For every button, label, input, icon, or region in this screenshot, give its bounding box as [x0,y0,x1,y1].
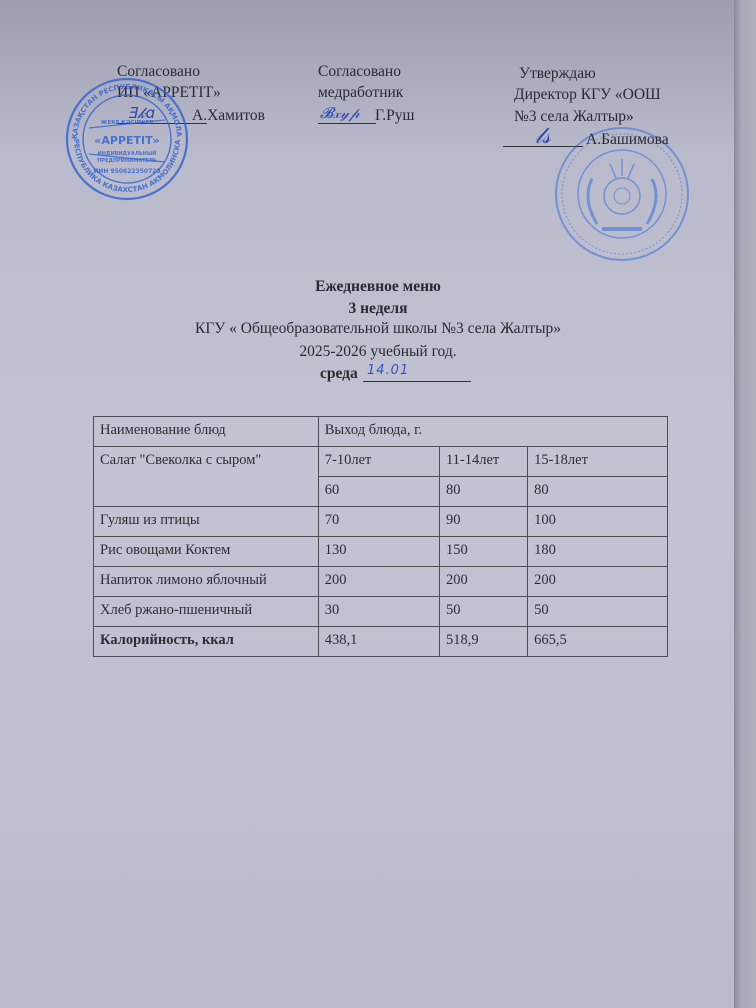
portion-value: 180 [528,537,668,567]
portion-value: 130 [318,537,439,567]
portion-value: 30 [318,597,439,627]
portion-value: 80 [439,477,527,507]
portion-value: 50 [439,597,527,627]
academic-year: 2025-2026 учебный год. [0,343,756,361]
svg-text:ЖЕКЕ КӘСІПКЕР: ЖЕКЕ КӘСІПКЕР [101,120,154,126]
dish-name: Салат "Свеколка с сыром" [94,447,319,507]
portion-value: 90 [439,507,527,537]
svg-text:ИИН 950622350729: ИИН 950622350729 [93,168,160,175]
approval-title: Утверждаю [519,65,596,83]
age-group: 15-18лет [528,447,668,477]
svg-text:ПРЕДПРИНИМАТЕЛЬ: ПРЕДПРИНИМАТЕЛЬ [97,158,157,164]
dish-name: Хлеб ржано-пшеничный [94,597,319,627]
table-header-row: Наименование блюд Выход блюда, г. [94,417,668,447]
signature-handwritten: 𝓑𝓍𝓎𝓅 [320,104,360,122]
handwritten-date: 14.01 [367,363,409,378]
portion-value: 200 [528,567,668,597]
calories-label: Калорийность, ккал [94,627,319,657]
dish-name: Напиток лимоно яблочный [94,567,319,597]
calories-value: 518,9 [439,627,527,657]
signature-handwritten: 𝓁𝓈 [535,124,550,149]
portion-value: 200 [439,567,527,597]
table-row: Гуляш из птицы 70 90 100 [94,507,668,537]
dish-name: Рис овощами Коктем [94,537,319,567]
calories-value: 438,1 [318,627,439,657]
table-row: Салат "Свеколка с сыром" 7-10лет 11-14ле… [94,447,668,477]
calories-value: 665,5 [528,627,668,657]
round-stamp-icon: ҚАЗАҚСТАН РЕСПУБЛИКАСЫ АҚМОЛА ОБЛ РЕСПУБ… [64,76,190,202]
portion-value: 60 [318,477,439,507]
portion-value: 200 [318,567,439,597]
approval-role: медработник [318,84,403,102]
header-dish: Наименование блюд [94,417,319,447]
header-yield: Выход блюда, г. [318,417,667,447]
table-row: Хлеб ржано-пшеничный 30 50 50 [94,597,668,627]
school-name: КГУ « Общеобразовательной школы №3 села … [0,320,756,338]
portion-value: 100 [528,507,668,537]
approval-position: Директор КГУ «ООШ [514,86,661,104]
svg-text:ҚАЗАҚСТАН РЕСПУБЛИКАСЫ АҚМОЛА: ҚАЗАҚСТАН РЕСПУБЛИКАСЫ АҚМОЛА ОБЛ [64,76,183,139]
signature-line [318,123,376,124]
table-row: Напиток лимоно яблочный 200 200 200 [94,567,668,597]
portion-value: 70 [318,507,439,537]
svg-text:ИНДИВИДУАЛЬНЫЙ: ИНДИВИДУАЛЬНЫЙ [98,149,157,157]
age-group: 11-14лет [439,447,527,477]
table-total-row: Калорийность, ккал 438,1 518,9 665,5 [94,627,668,657]
portion-value: 150 [439,537,527,567]
table-row: Рис овощами Коктем 130 150 180 [94,537,668,567]
age-group: 7-10лет [318,447,439,477]
svg-text:«APPETIT»: «APPETIT» [94,134,159,147]
menu-table: Наименование блюд Выход блюда, г. Салат … [93,416,668,657]
portion-value: 80 [528,477,668,507]
paper-edge [734,0,756,1008]
day-label: среда [320,365,358,383]
portion-value: 50 [528,597,668,627]
document-title: Ежедневное меню [0,278,756,296]
approval-title: Согласовано [318,63,401,81]
approval-signatory: Г.Руш [375,107,414,125]
approval-signatory: А.Башимова [586,131,669,149]
approval-signatory: А.Хамитов [192,107,265,125]
date-line [363,381,471,382]
dish-name: Гуляш из птицы [94,507,319,537]
week-label: 3 неделя [0,300,756,318]
